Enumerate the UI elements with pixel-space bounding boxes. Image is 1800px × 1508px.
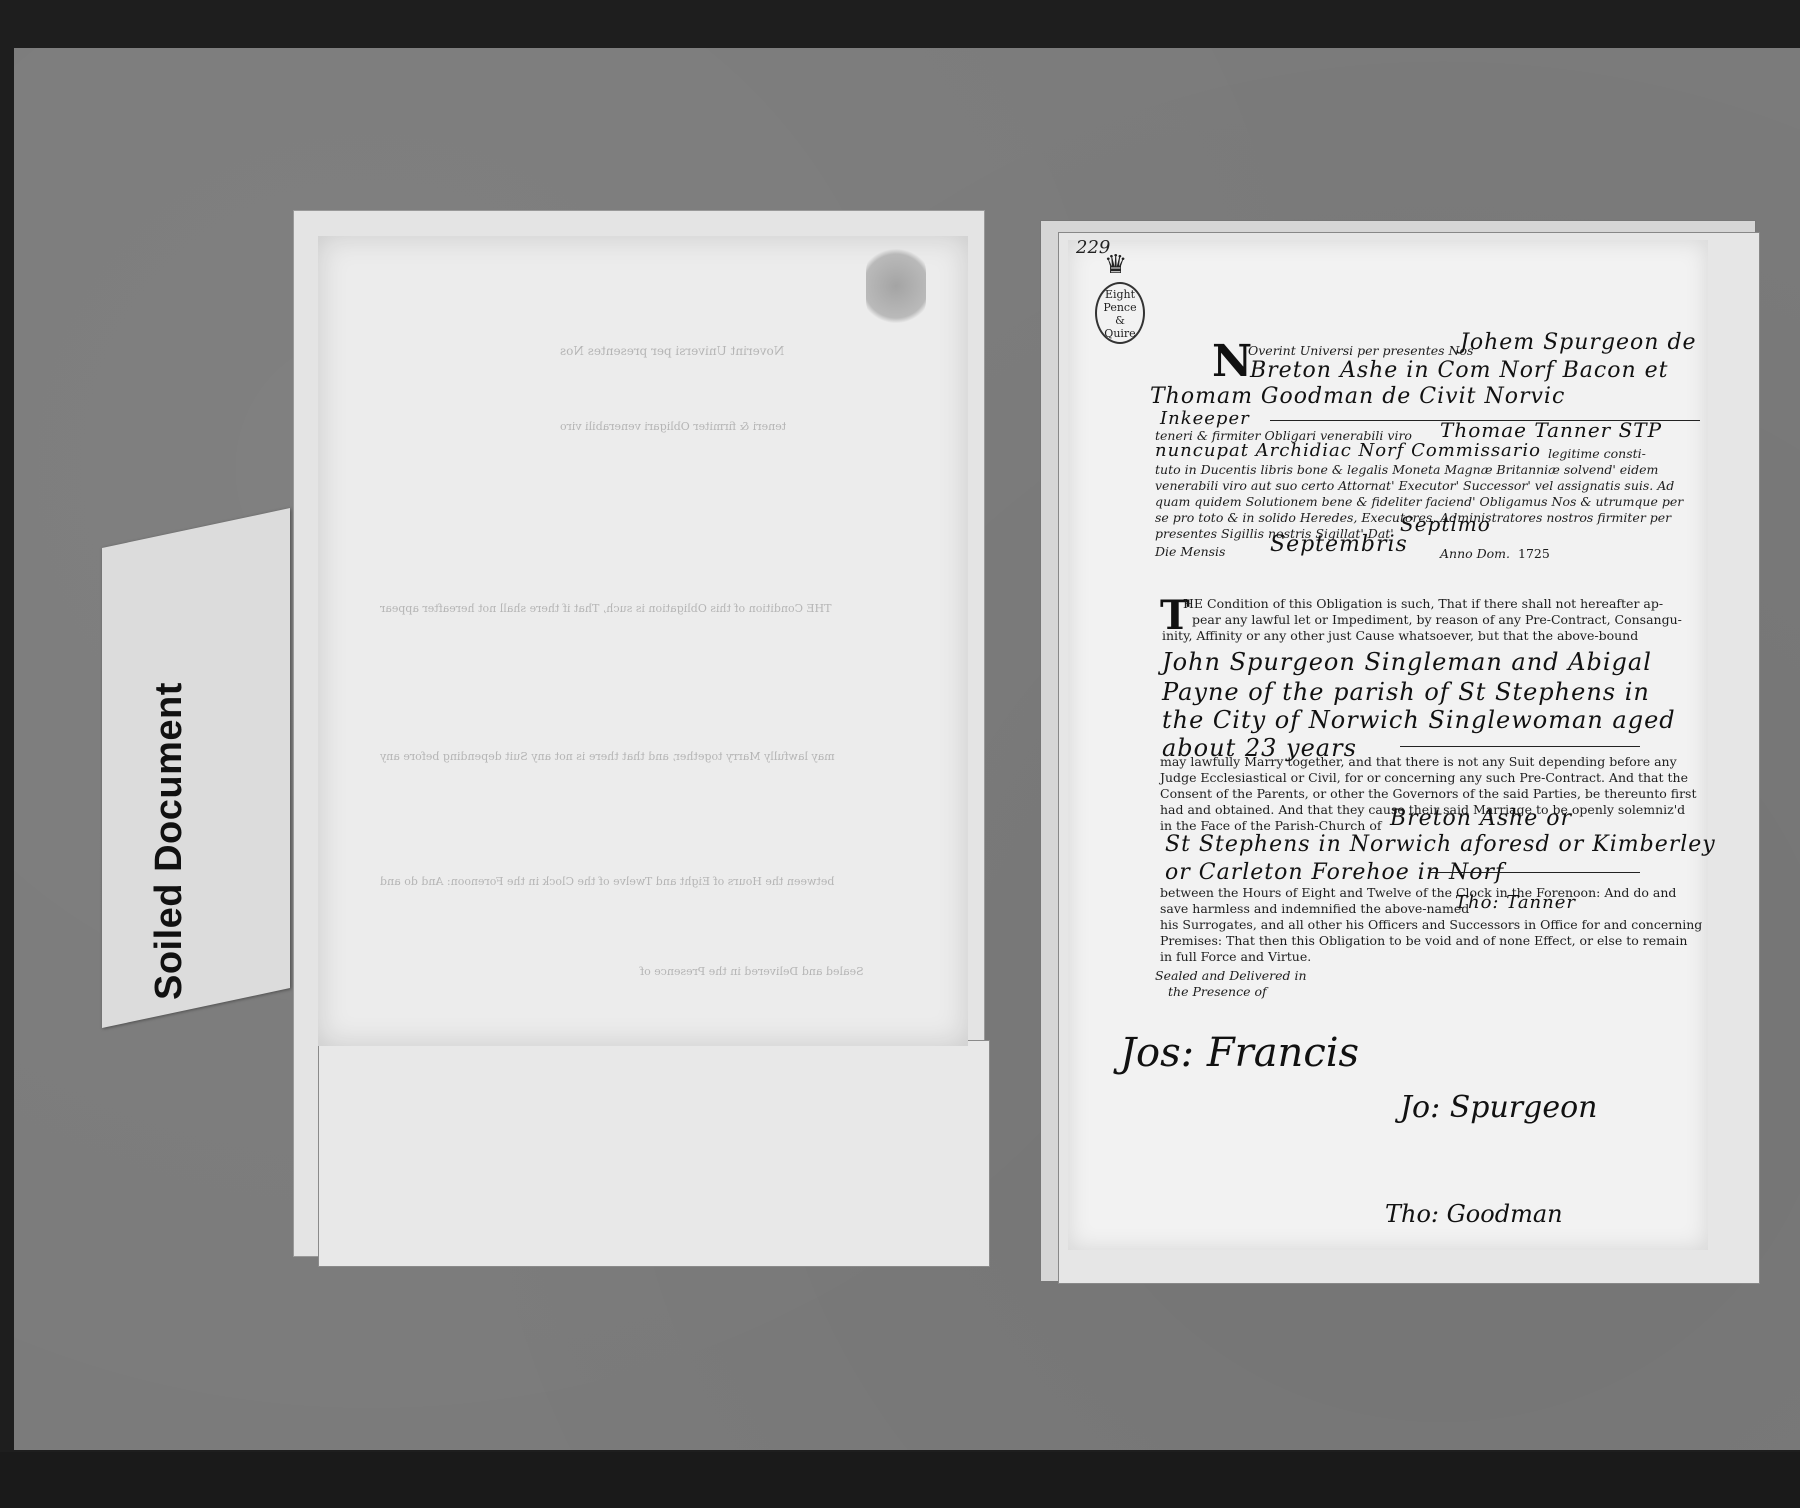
hand-parties: Payne of the parish of St Stephens in bbox=[1162, 678, 1650, 706]
anno-label: Anno Dom. bbox=[1440, 546, 1510, 562]
left-page-lower-sheets bbox=[318, 1040, 990, 1267]
hand-church: Breton Ashe or bbox=[1390, 806, 1572, 831]
bond-line: quam quidem Solutionem bene & fideliter … bbox=[1155, 494, 1683, 510]
hand-parties: the City of Norwich Singlewoman aged bbox=[1162, 706, 1676, 734]
stamp-line: Pence & bbox=[1097, 301, 1143, 327]
sealed-line: Sealed and Delivered in bbox=[1155, 968, 1307, 984]
ghost-line: Noverint Universi per presentes Nos bbox=[560, 344, 784, 358]
ghost-line: between the Hours of Eight and Twelve of… bbox=[380, 875, 834, 889]
hand-official: Thomae Tanner STP bbox=[1440, 418, 1662, 442]
hand-name: Inkeeper bbox=[1160, 408, 1250, 429]
condition-line: Judge Ecclesiastical or Civil, for or co… bbox=[1160, 770, 1688, 786]
stamp-line: Quire bbox=[1097, 327, 1143, 340]
hand-church: St Stephens in Norwich aforesd or Kimber… bbox=[1165, 832, 1716, 857]
hand-date-day: Septimo bbox=[1400, 512, 1491, 536]
ghost-line: THE Condition of this Obligation is such… bbox=[380, 602, 831, 616]
bond-line: legitime consti- bbox=[1548, 446, 1646, 462]
hand-name: Breton Ashe in Com Norf Bacon et bbox=[1250, 358, 1668, 383]
label-card bbox=[102, 508, 290, 1028]
frame-edge bbox=[0, 1452, 1800, 1508]
bond-year: 1725 bbox=[1518, 546, 1550, 562]
duty-stamp: Eight Pence & Quire bbox=[1095, 282, 1145, 344]
bond-intro: Overint Universi per presentes Nos bbox=[1248, 343, 1473, 359]
condition-line: HE Condition of this Obligation is such,… bbox=[1183, 596, 1663, 612]
crown-icon: ♛ bbox=[1104, 250, 1127, 280]
condition-line: may lawfully Marry together, and that th… bbox=[1160, 754, 1677, 770]
bond-line: tuto in Ducentis libris bone & legalis M… bbox=[1155, 462, 1658, 478]
rule bbox=[1400, 746, 1640, 747]
signature-groom: Jo: Spurgeon bbox=[1400, 1090, 1598, 1125]
stamp-bleed-through bbox=[866, 242, 926, 330]
drop-cap: N bbox=[1212, 340, 1252, 384]
condition-line: Consent of the Parents, or other the Gov… bbox=[1160, 786, 1697, 802]
stamp-line: Eight bbox=[1097, 288, 1143, 301]
signature-bondsman: Tho: Goodman bbox=[1385, 1200, 1563, 1228]
bond-line: venerabili viro aut suo certo Attornat' … bbox=[1155, 478, 1674, 494]
hand-named-official: Tho: Tanner bbox=[1455, 892, 1576, 913]
hand-month: Septembris bbox=[1270, 532, 1408, 557]
condition-line: between the Hours of Eight and Twelve of… bbox=[1160, 885, 1676, 901]
condition-line: pear any lawful let or Impediment, by re… bbox=[1192, 612, 1682, 628]
condition-line: his Surrogates, and all other his Office… bbox=[1160, 917, 1702, 933]
label-text: Soiled Document bbox=[148, 682, 191, 1000]
hand-name: Thomam Goodman de Civit Norvic bbox=[1150, 384, 1565, 409]
die-mensis-label: Die Mensis bbox=[1155, 544, 1225, 560]
sealed-line: the Presence of bbox=[1168, 984, 1267, 1000]
hand-official-title: nuncupat Archidiac Norf Commissario bbox=[1155, 440, 1541, 461]
condition-line: Premises: That then this Obligation to b… bbox=[1160, 933, 1687, 949]
signature-witness: Jos: Francis bbox=[1120, 1030, 1359, 1076]
ghost-line: may lawfully Marry together, and that th… bbox=[380, 750, 835, 764]
hand-parties: John Spurgeon Singleman and Abigal bbox=[1162, 648, 1652, 676]
hand-name: Johem Spurgeon de bbox=[1460, 330, 1697, 355]
condition-line: save harmless and indemnified the above-… bbox=[1160, 901, 1469, 917]
ghost-line: teneri & firmiter Obligari venerabili vi… bbox=[560, 420, 786, 434]
condition-line: inity, Affinity or any other just Cause … bbox=[1162, 628, 1638, 644]
ghost-line: Sealed and Delivered in the Presence of bbox=[640, 965, 864, 979]
rule bbox=[1430, 872, 1640, 873]
condition-line: in full Force and Virtue. bbox=[1160, 949, 1311, 965]
